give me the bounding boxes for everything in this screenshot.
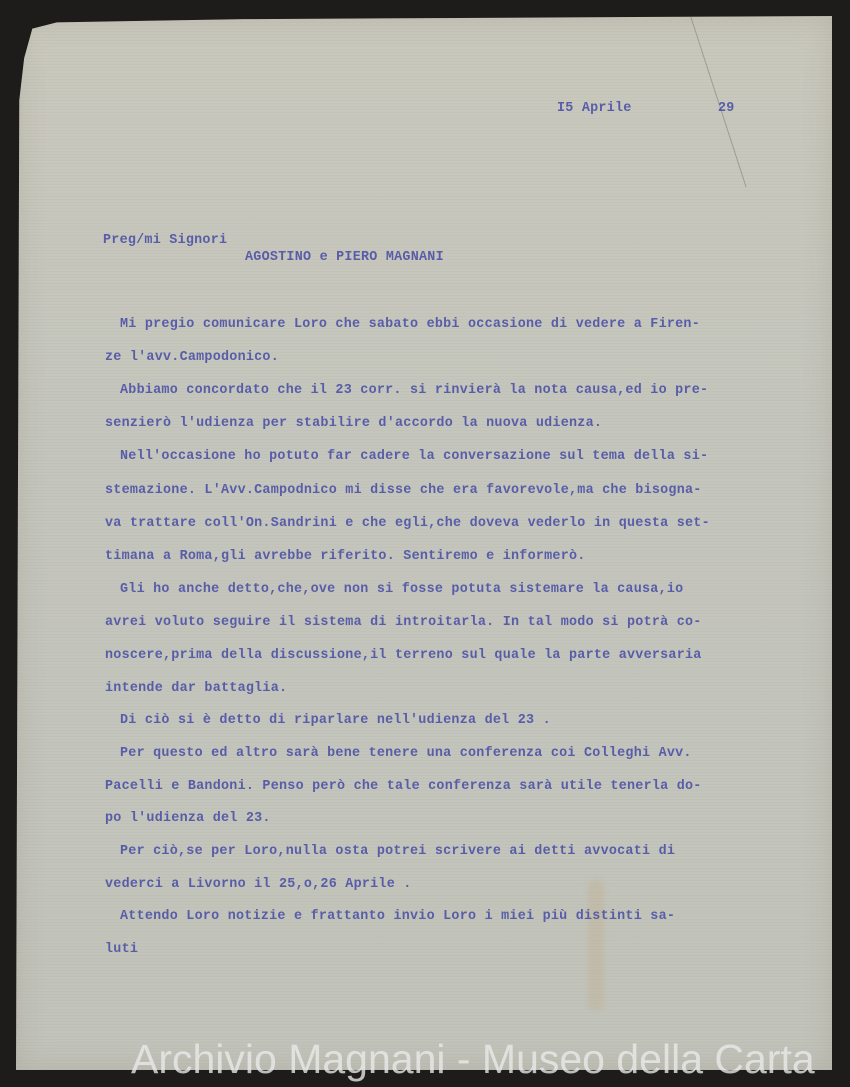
archive-watermark: Archivio Magnani - Museo della Carta [131,1036,815,1083]
body-line: timana a Roma,gli avrebbe riferito. Sent… [105,549,586,564]
body-line: Attendo Loro notizie e frattanto invio L… [120,909,675,924]
body-line: noscere,prima della discussione,il terre… [105,648,702,663]
body-line: Nell'occasione ho potuto far cadere la c… [120,449,708,464]
salutation: Preg/mi Signori [103,233,227,248]
body-line: Di ciò si è detto di riparlare nell'udie… [120,713,551,728]
body-line: Mi pregio comunicare Loro che sabato ebb… [120,317,700,332]
body-line: intende dar battaglia. [105,681,287,696]
body-line: Per ciò,se per Loro,nulla osta potrei sc… [120,844,675,859]
body-line: luti [105,942,138,957]
body-line: Per questo ed altro sarà bene tenere una… [120,746,692,761]
body-line: va trattare coll'On.Sandrini e che egli,… [105,516,710,531]
body-line: po l'udienza del 23. [105,811,271,826]
body-line: vederci a Livorno il 25,o,26 Aprile . [105,877,412,892]
body-line: Pacelli e Bandoni. Penso però che tale c… [105,779,702,794]
body-line: stemazione. L'Avv.Campodnico mi disse ch… [105,483,702,498]
body-line: ze l'avv.Campodonico. [105,350,279,365]
page-number: 29 [718,101,735,116]
body-line: Abbiamo concordato che il 23 corr. si ri… [120,383,708,398]
paper-stain [588,880,604,1010]
letter-date: I5 Aprile [557,101,632,116]
body-line: avrei voluto seguire il sistema di intro… [105,615,702,630]
body-line: senzierò l'udienza per stabilire d'accor… [105,416,602,431]
recipients: AGOSTINO e PIERO MAGNANI [245,250,444,265]
body-line: Gli ho anche detto,che,ove non si fosse … [120,582,683,597]
